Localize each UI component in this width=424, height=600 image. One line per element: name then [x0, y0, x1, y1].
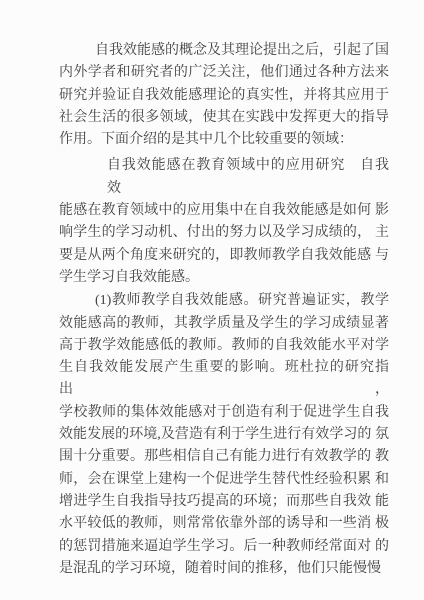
text-block: 自我效能感的概念及其理论提出之后，引起了国 内外学者和研究者的广泛关注，他们通过…: [59, 40, 389, 580]
text-line: 的惩罚措施来逼迫学生学习。后一种教师经常面对 的: [59, 536, 389, 558]
text-line: 效能感高的教师，其教学质量及学生的学习成绩显著: [59, 313, 389, 335]
text-line: 能感在教育领域中的应用集中在自我效能感是如何 影: [59, 200, 389, 222]
text-line: 学校教师的集体效能感对于创造有利于促进学生自我: [59, 402, 389, 424]
text-line: (1)教师教学自我效能感。研究普遍证实，教学: [59, 290, 389, 312]
text-line: 要是从两个角度来研究的，即教师教学自我效能感 与: [59, 245, 389, 267]
text-line: 高于教学效能感低的教师。教师的自我效能水平对学: [59, 335, 389, 357]
text-line: 水平较低的教师，则常常依靠外部的诱导和一些消 极: [59, 513, 389, 535]
text-line: 自我效能感在教育领域中的应用研究 自我 效: [59, 155, 389, 200]
text-line: 内外学者和研究者的广泛关注，他们通过各种方法来: [59, 62, 389, 84]
text-line: 效能发展的环境,及营造有利于学生进行有效学习的 氛: [59, 424, 389, 446]
text-line: 学生学习自我效能感。: [59, 267, 389, 289]
document-page: 自我效能感的概念及其理论提出之后，引起了国 内外学者和研究者的广泛关注，他们通过…: [0, 0, 424, 600]
paragraph-teacher-efficacy: (1)教师教学自我效能感。研究普遍证实，教学 效能感高的教师，其教学质量及学生的…: [59, 290, 389, 580]
paragraph-education-application: 自我效能感在教育领域中的应用研究 自我 效 能感在教育领域中的应用集中在自我效能…: [59, 155, 389, 289]
text-line: 作用。下面介绍的是其中几个比较重要的领域：: [59, 129, 389, 151]
text-line: 研究并验证自我效能感理论的真实性，并将其应用于: [59, 85, 389, 107]
text-line: 生自我效能发展产生重要的影响。班杜拉的研究指出，: [59, 357, 389, 402]
text-line: 增进学生自我指导技巧提高的环境；而那些自我效 能: [59, 491, 389, 513]
text-line: 自我效能感的概念及其理论提出之后，引起了国: [59, 40, 389, 62]
text-line: 响学生的学习动机、付出的努力以及学习成绩的， 主: [59, 222, 389, 244]
paragraph-intro: 自我效能感的概念及其理论提出之后，引起了国 内外学者和研究者的广泛关注，他们通过…: [59, 40, 389, 151]
text-line: 围十分重要。那些相信自己有能力进行有效教学的 教: [59, 446, 389, 468]
text-line: 是混乱的学习环境，随着时间的推移，他们只能慢慢: [59, 558, 389, 580]
text-line: 社会生活的很多领域，使其在实践中发挥更大的指导: [59, 107, 389, 129]
text-line: 师，会在课堂上建构一个促进学生替代性经验积累 和: [59, 469, 389, 491]
